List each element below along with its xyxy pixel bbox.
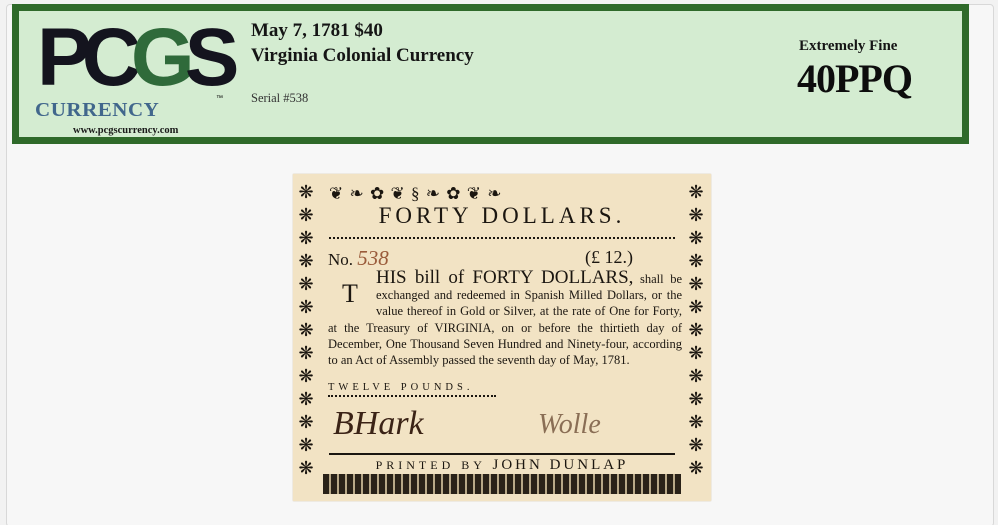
printed-by: PRINTED BY xyxy=(376,458,486,472)
ornament-icon: ❋ xyxy=(296,366,316,386)
signature-1: BHark xyxy=(333,405,424,443)
ornament-icon: ❋ xyxy=(296,297,316,317)
ornament-icon: ❋ xyxy=(686,182,706,202)
bottom-ornament-band xyxy=(323,474,681,494)
pcgs-currency-logo: PCGS ™ CURRENCY www.pcgscurrency.com xyxy=(33,15,233,140)
signature-2: Wolle xyxy=(538,409,601,441)
pcgs-mark: PCGS xyxy=(37,17,229,99)
his-bill-line: HIS bill of FORTY DOLLARS, xyxy=(376,267,633,288)
cross-row xyxy=(328,395,496,397)
ornament-icon: ❋ xyxy=(296,435,316,455)
ornament-icon: ❋ xyxy=(686,343,706,363)
ornament-icon: ❋ xyxy=(686,435,706,455)
serial-number: Serial #538 xyxy=(251,91,308,106)
drop-cap: T xyxy=(328,270,372,318)
note-date-denomination: May 7, 1781 $40 xyxy=(251,20,383,42)
ornament-icon: ❋ xyxy=(686,320,706,340)
trademark: ™ xyxy=(216,95,223,102)
ornament-icon: ❋ xyxy=(686,228,706,248)
ornament-icon: ❋ xyxy=(686,389,706,409)
note-series: Virginia Colonial Currency xyxy=(251,45,474,67)
grade-value: 40PPQ xyxy=(797,55,912,102)
signature-rule xyxy=(329,453,675,455)
obligation-text: shall be exchanged and redeemed in Spani… xyxy=(328,272,682,367)
dotted-rule xyxy=(329,237,675,239)
ornament-icon: ❋ xyxy=(296,343,316,363)
ornament-icon: ❋ xyxy=(686,297,706,317)
ornament-icon: ❋ xyxy=(686,412,706,432)
ornament-icon: ❋ xyxy=(296,228,316,248)
banknote: ❋❋❋❋❋❋❋❋❋❋❋❋❋ ❋❋❋❋❋❋❋❋❋❋❋❋❋ ❦ ❧ ✿ ❦ § ❧ … xyxy=(293,174,711,501)
grade-name: Extremely Fine xyxy=(799,38,897,55)
ornament-icon: ❋ xyxy=(296,412,316,432)
note-text: T HIS bill of FORTY DOLLARS, shall be ex… xyxy=(328,270,682,368)
twelve-pounds: TWELVE POUNDS. xyxy=(328,382,473,393)
ornament-icon: ❋ xyxy=(296,320,316,340)
website-link: www.pcgscurrency.com xyxy=(73,125,178,136)
grading-label: PCGS ™ CURRENCY www.pcgscurrency.com May… xyxy=(12,4,969,144)
label-panel: PCGS ™ CURRENCY www.pcgscurrency.com May… xyxy=(19,11,962,137)
ornament-icon: ❋ xyxy=(296,251,316,271)
ornament-icon: ❋ xyxy=(296,389,316,409)
ornament-icon: ❋ xyxy=(686,274,706,294)
pound-value: (£ 12.) xyxy=(585,247,633,268)
number-label: No. xyxy=(328,250,353,269)
printer-name: JOHN DUNLAP xyxy=(492,457,628,473)
ornament-icon: ❋ xyxy=(296,274,316,294)
note-heading: FORTY DOLLARS. xyxy=(293,203,711,229)
ornament-icon: ❋ xyxy=(296,182,316,202)
printer-line: PRINTED BY JOHN DUNLAP xyxy=(293,457,711,474)
ornament-icon: ❋ xyxy=(686,251,706,271)
ornament-icon: ❋ xyxy=(686,366,706,386)
currency-wordmark: CURRENCY xyxy=(35,99,159,122)
